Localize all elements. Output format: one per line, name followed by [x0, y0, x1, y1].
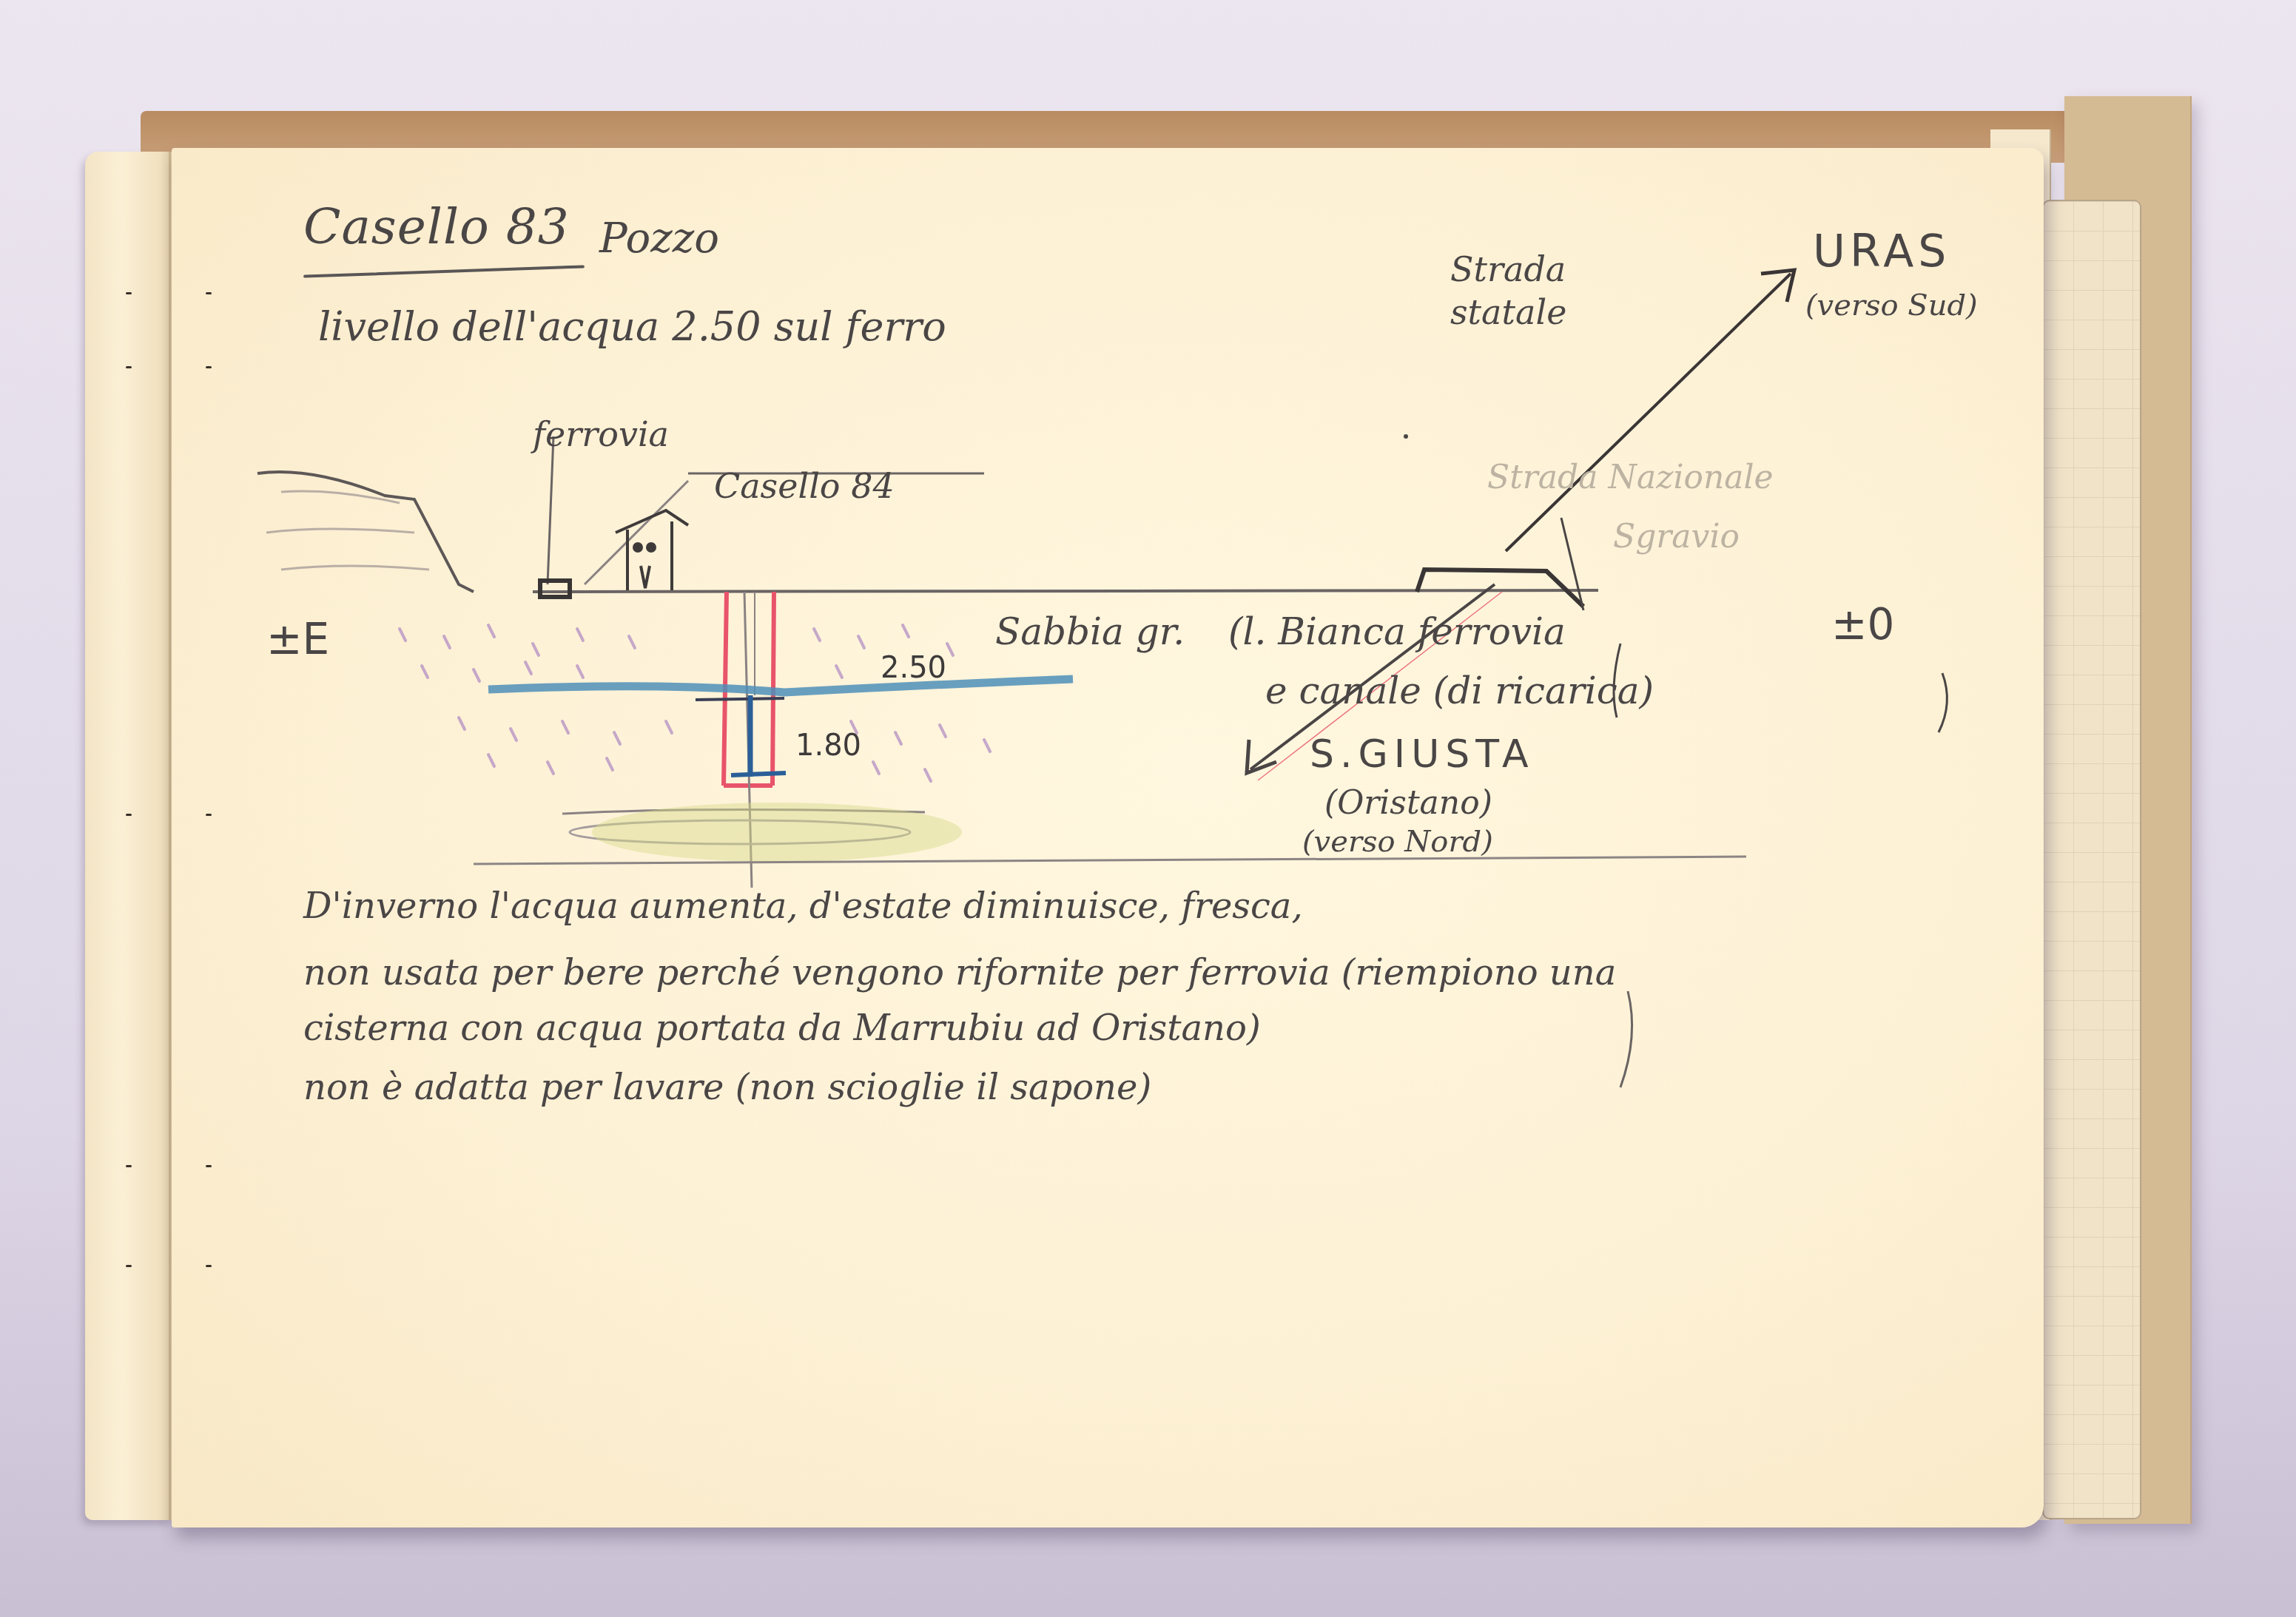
embankment-outline — [257, 472, 474, 592]
note-line: cisterna con acqua portata da Marrubiu a… — [303, 1006, 1261, 1050]
ground-line — [533, 590, 1598, 592]
page-subtitle: Pozzo — [599, 215, 719, 263]
label-canale-note: e canale (di ricarica) — [1265, 669, 1654, 712]
label-ferrovia: ferrovia — [533, 414, 669, 454]
depth-water-value: 2.50 — [881, 651, 946, 685]
section-divider — [474, 857, 1746, 864]
rail-track-icon — [540, 581, 570, 597]
clay-layer — [592, 803, 962, 862]
label-oristano: (Oristano) — [1324, 784, 1492, 822]
bridge-icon — [1417, 570, 1583, 607]
water-level-line — [488, 679, 1073, 692]
label-plus-minus-e: ±E — [266, 614, 329, 664]
note-line: D'inverno l'acqua aumenta, d'estate dimi… — [303, 884, 1303, 928]
label-ferrovia-note: (l. Bianca ferrovia — [1228, 610, 1566, 653]
label-plus-minus-0: ±0 — [1831, 599, 1895, 649]
page-title: Casello 83 — [303, 198, 570, 255]
label-s-giusta: S.GIUSTA — [1310, 732, 1535, 777]
label-uras-direction: (verso Sud) — [1805, 288, 1978, 323]
label-strada-statale: Strada statale — [1450, 248, 1643, 334]
water-level-note: livello dell'acqua 2.50 sul ferro — [318, 303, 946, 350]
label-sabbia: Sabbia gr. — [995, 610, 1185, 653]
house-icon — [616, 510, 688, 590]
label-casello-84: Casello 84 — [714, 466, 895, 506]
faint-erased-note: Sgravio — [1613, 518, 1740, 556]
ferrovia-pointer — [548, 436, 553, 584]
sand-hatching — [400, 625, 990, 781]
faint-erased-note: Strada Nazionale — [1487, 459, 1774, 496]
label-uras: URAS — [1813, 226, 1950, 277]
note-line: non usata per bere perché vengono riforn… — [303, 951, 1616, 995]
depth-well-value: 1.80 — [795, 729, 861, 763]
note-line: non è adatta per lavare (non scioglie il… — [303, 1065, 1151, 1110]
label-verso-nord: (verso Nord) — [1302, 825, 1493, 859]
